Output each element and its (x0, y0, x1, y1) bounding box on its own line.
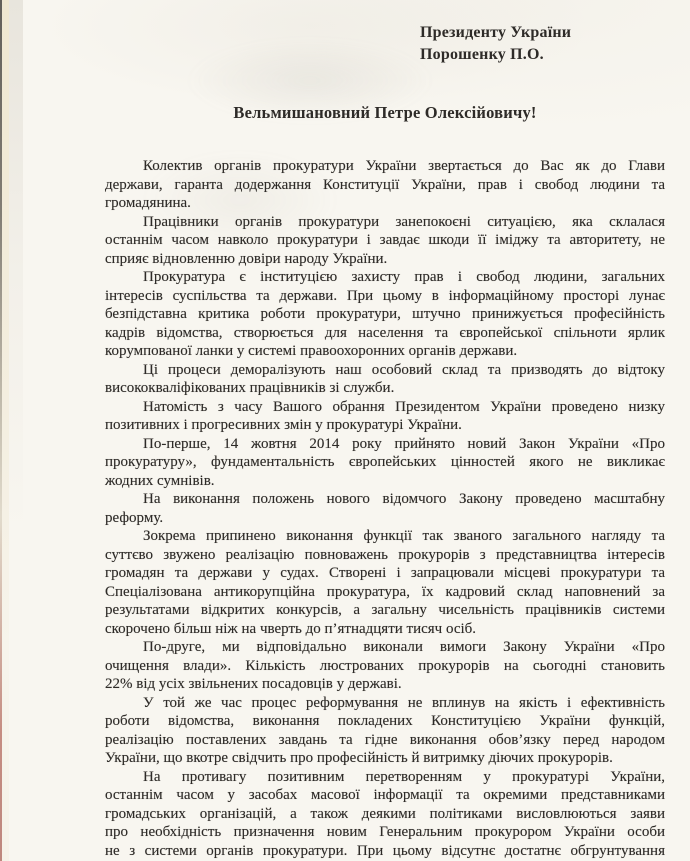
scan-edge-shadow (9, 0, 23, 603)
text-line: кадрів відомства, створюється для населе… (105, 324, 665, 343)
text-line: висококваліфікованих працівників зі служ… (105, 379, 665, 398)
letter-body: Колектив органів прокуратури України зве… (105, 157, 665, 860)
text-line: По-друге, ми відповідально виконали вимо… (105, 638, 665, 657)
text-line: інтересів суспільства та держави. При ць… (105, 287, 665, 306)
text-line: Прокуратура є інституцією захисту прав і… (105, 268, 665, 287)
text-line: корумпованої ланки у системі правоохорон… (105, 342, 665, 361)
text-line: скорочено більш ніж на чверть до п’ятнад… (105, 620, 665, 639)
paragraph: Прокуратура є інституцією захисту прав і… (105, 268, 665, 361)
text-line: реалізацію поставлених завдань та гідне … (105, 731, 665, 750)
text-line: безпідставна критика роботи прокуратури,… (105, 305, 665, 324)
text-line: По-перше, 14 жовтня 2014 року прийнято н… (105, 435, 665, 454)
text-line: позитивних і прогресивних змін у прокура… (105, 416, 665, 435)
text-line: На виконання положень нового відомчого З… (105, 490, 665, 509)
paragraph: Колектив органів прокуратури України зве… (105, 157, 665, 213)
text-line: громадських організацій, а також деякими… (105, 805, 665, 824)
text-line: прокуратуру», фундаментальність європейс… (105, 453, 665, 472)
text-line: не з системи органів прокуратури. При ць… (105, 842, 665, 861)
text-line: України, що вкотре свідчить про професій… (105, 749, 665, 768)
text-line: останнім часом у засобах масової інформа… (105, 786, 665, 805)
text-line: громадянина. (105, 194, 665, 213)
text-line: про необхідність призначення новим Генер… (105, 823, 665, 842)
text-line: Ці процеси деморалізують наш особовий ск… (105, 361, 665, 380)
text-line: останнім часом навколо прокуратури і зав… (105, 231, 665, 250)
text-line: роботи відомства, виконання покладених К… (105, 712, 665, 731)
recipient-block: Президенту України Порошенку П.О. (420, 22, 571, 66)
text-line: громадян та держави у судах. Створені і … (105, 564, 665, 583)
text-line: держави, гаранта додержання Конституції … (105, 176, 665, 195)
paragraph: У той же час процес реформування не впли… (105, 694, 665, 768)
text-line: На противагу позитивним перетворенням у … (105, 768, 665, 787)
text-line: суттєво звужено реалізацію повноважень п… (105, 546, 665, 565)
salutation: Вельмишановний Петре Олексійовичу! (105, 103, 665, 123)
paragraph: Зокрема припинено виконання функції так … (105, 527, 665, 638)
text-line: У той же час процес реформування не впли… (105, 694, 665, 713)
text-line: Натомість з часу Вашого обрання Президен… (105, 398, 665, 417)
recipient-line: Порошенку П.О. (420, 44, 571, 66)
text-line: Працівники органів прокуратури занепокоє… (105, 213, 665, 232)
text-line: очищення влади». Кількість люстрованих п… (105, 657, 665, 676)
paragraph: Натомість з часу Вашого обрання Президен… (105, 398, 665, 435)
text-line: Спеціалізована антикорупційна прокуратур… (105, 583, 665, 602)
text-line: Колектив органів прокуратури України зве… (105, 157, 665, 176)
scanned-letter-page: Президенту України Порошенку П.О. Вельми… (0, 0, 690, 861)
paragraph: На противагу позитивним перетворенням у … (105, 768, 665, 861)
paragraph: На виконання положень нового відомчого З… (105, 490, 665, 527)
paragraph: По-перше, 14 жовтня 2014 року прийнято н… (105, 435, 665, 491)
text-line: сприяє відновленню довіри народу України… (105, 250, 665, 269)
text-line: результатами відкритих конкурсів, а зага… (105, 601, 665, 620)
paragraph: По-друге, ми відповідально виконали вимо… (105, 638, 665, 694)
text-line: 22% від усіх звільнених посадовців у дер… (105, 675, 665, 694)
paragraph: Ці процеси деморалізують наш особовий ск… (105, 361, 665, 398)
text-line: Зокрема припинено виконання функції так … (105, 527, 665, 546)
recipient-line: Президенту України (420, 22, 571, 44)
scan-edge-artifact (2, 0, 9, 861)
text-line: реформу. (105, 509, 665, 528)
paragraph: Працівники органів прокуратури занепокоє… (105, 213, 665, 269)
text-line: жодних сумнівів. (105, 472, 665, 491)
